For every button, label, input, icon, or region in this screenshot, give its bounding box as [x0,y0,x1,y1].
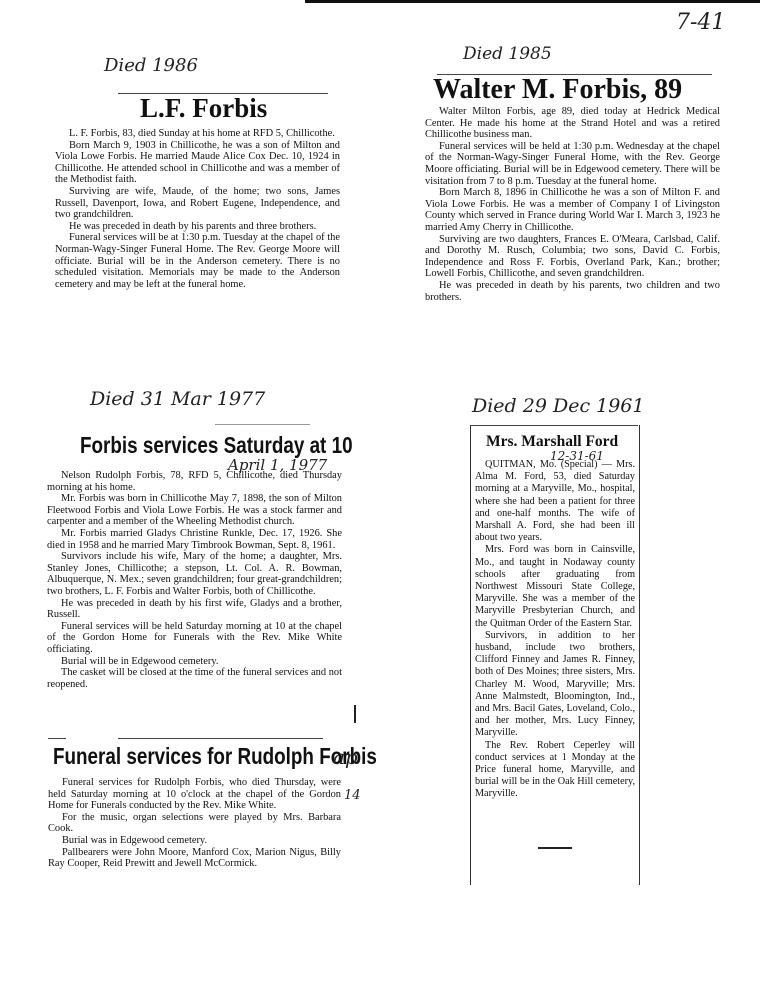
paragraph: Born March 9, 1903 in Chillicothe, he wa… [55,140,340,186]
obituary-body: Funeral services for Rudolph Forbis, who… [48,777,341,870]
obituary-title: Forbis services Saturday at 10 [80,432,353,459]
paragraph: He was preceded in death by his parents,… [425,280,720,303]
paragraph: Surviving are two daughters, Frances E. … [425,234,720,280]
paragraph: L. F. Forbis, 83, died Sunday at his hom… [55,128,340,140]
paragraph: Burial was in Edgewood cemetery. [48,835,341,847]
paragraph: He was preceded in death by his parents … [55,221,340,233]
end-rule [538,847,572,849]
scan-top-edge [305,0,760,3]
paragraph: Funeral services will be at 1:30 p.m. Tu… [55,232,340,290]
paragraph: Walter Milton Forbis, age 89, died today… [425,106,720,141]
paragraph: Funeral services will be held at 1:30 p.… [425,141,720,187]
obituary-body: Nelson Rudolph Forbis, 78, RFD 5, Chilli… [47,470,342,690]
paragraph: Surviving are wife, Maude, of the home; … [55,186,340,221]
paragraph: Born March 8, 1896 in Chillicothe he was… [425,187,720,233]
paragraph: For the music, organ selections were pla… [48,812,341,835]
paragraph: Funeral services will be held Saturday m… [47,621,342,656]
obituary-title: Funeral services for Rudolph Forbis [53,743,377,770]
paragraph: Mr. Forbis married Gladys Christine Runk… [47,528,342,551]
paragraph: Mr. Forbis was born in Chillicothe May 7… [47,493,342,528]
paragraph: Burial will be in Edgewood cemetery. [47,656,342,668]
obituary-body: QUITMAN, Mo. (Special) — Mrs. Alma M. Fo… [475,459,635,801]
divider [48,738,66,739]
handwritten-date: Died 1986 [104,55,198,76]
obituary-body: Walter Milton Forbis, age 89, died today… [425,106,720,303]
page-mark: 7-41 [676,10,725,35]
paragraph: Nelson Rudolph Forbis, 78, RFD 5, Chilli… [47,470,342,493]
divider [118,738,323,739]
paragraph: QUITMAN, Mo. (Special) — Mrs. Alma M. Fo… [475,459,635,544]
handwritten-margin-note: 14 [344,788,361,803]
paragraph: Mrs. Ford was born in Cainsville, Mo., a… [475,544,635,629]
handwritten-date: Died 29 Dec 1961 [472,395,644,417]
obituary-title: Walter M. Forbis, 89 [433,74,682,106]
paragraph: The casket will be closed at the time of… [47,667,342,690]
paragraph: Funeral services for Rudolph Forbis, who… [48,777,341,812]
handwritten-date: Died 1985 [463,44,552,64]
handwritten-note: ap [333,745,358,769]
paragraph: Survivors, in addition to her husband, i… [475,630,635,740]
paragraph: The Rev. Robert Ceperley will conduct se… [475,740,635,801]
handwritten-date: Died 31 Mar 1977 [90,388,265,410]
obituary-body: L. F. Forbis, 83, died Sunday at his hom… [55,128,340,290]
scan-mark [354,705,356,723]
paragraph: Pallbearers were John Moore, Manford Cox… [48,847,341,870]
obituary-title: L.F. Forbis [140,93,267,124]
paragraph: He was preceded in death by his first wi… [47,598,342,621]
paragraph: Survivors include his wife, Mary of the … [47,551,342,597]
divider [215,424,310,425]
